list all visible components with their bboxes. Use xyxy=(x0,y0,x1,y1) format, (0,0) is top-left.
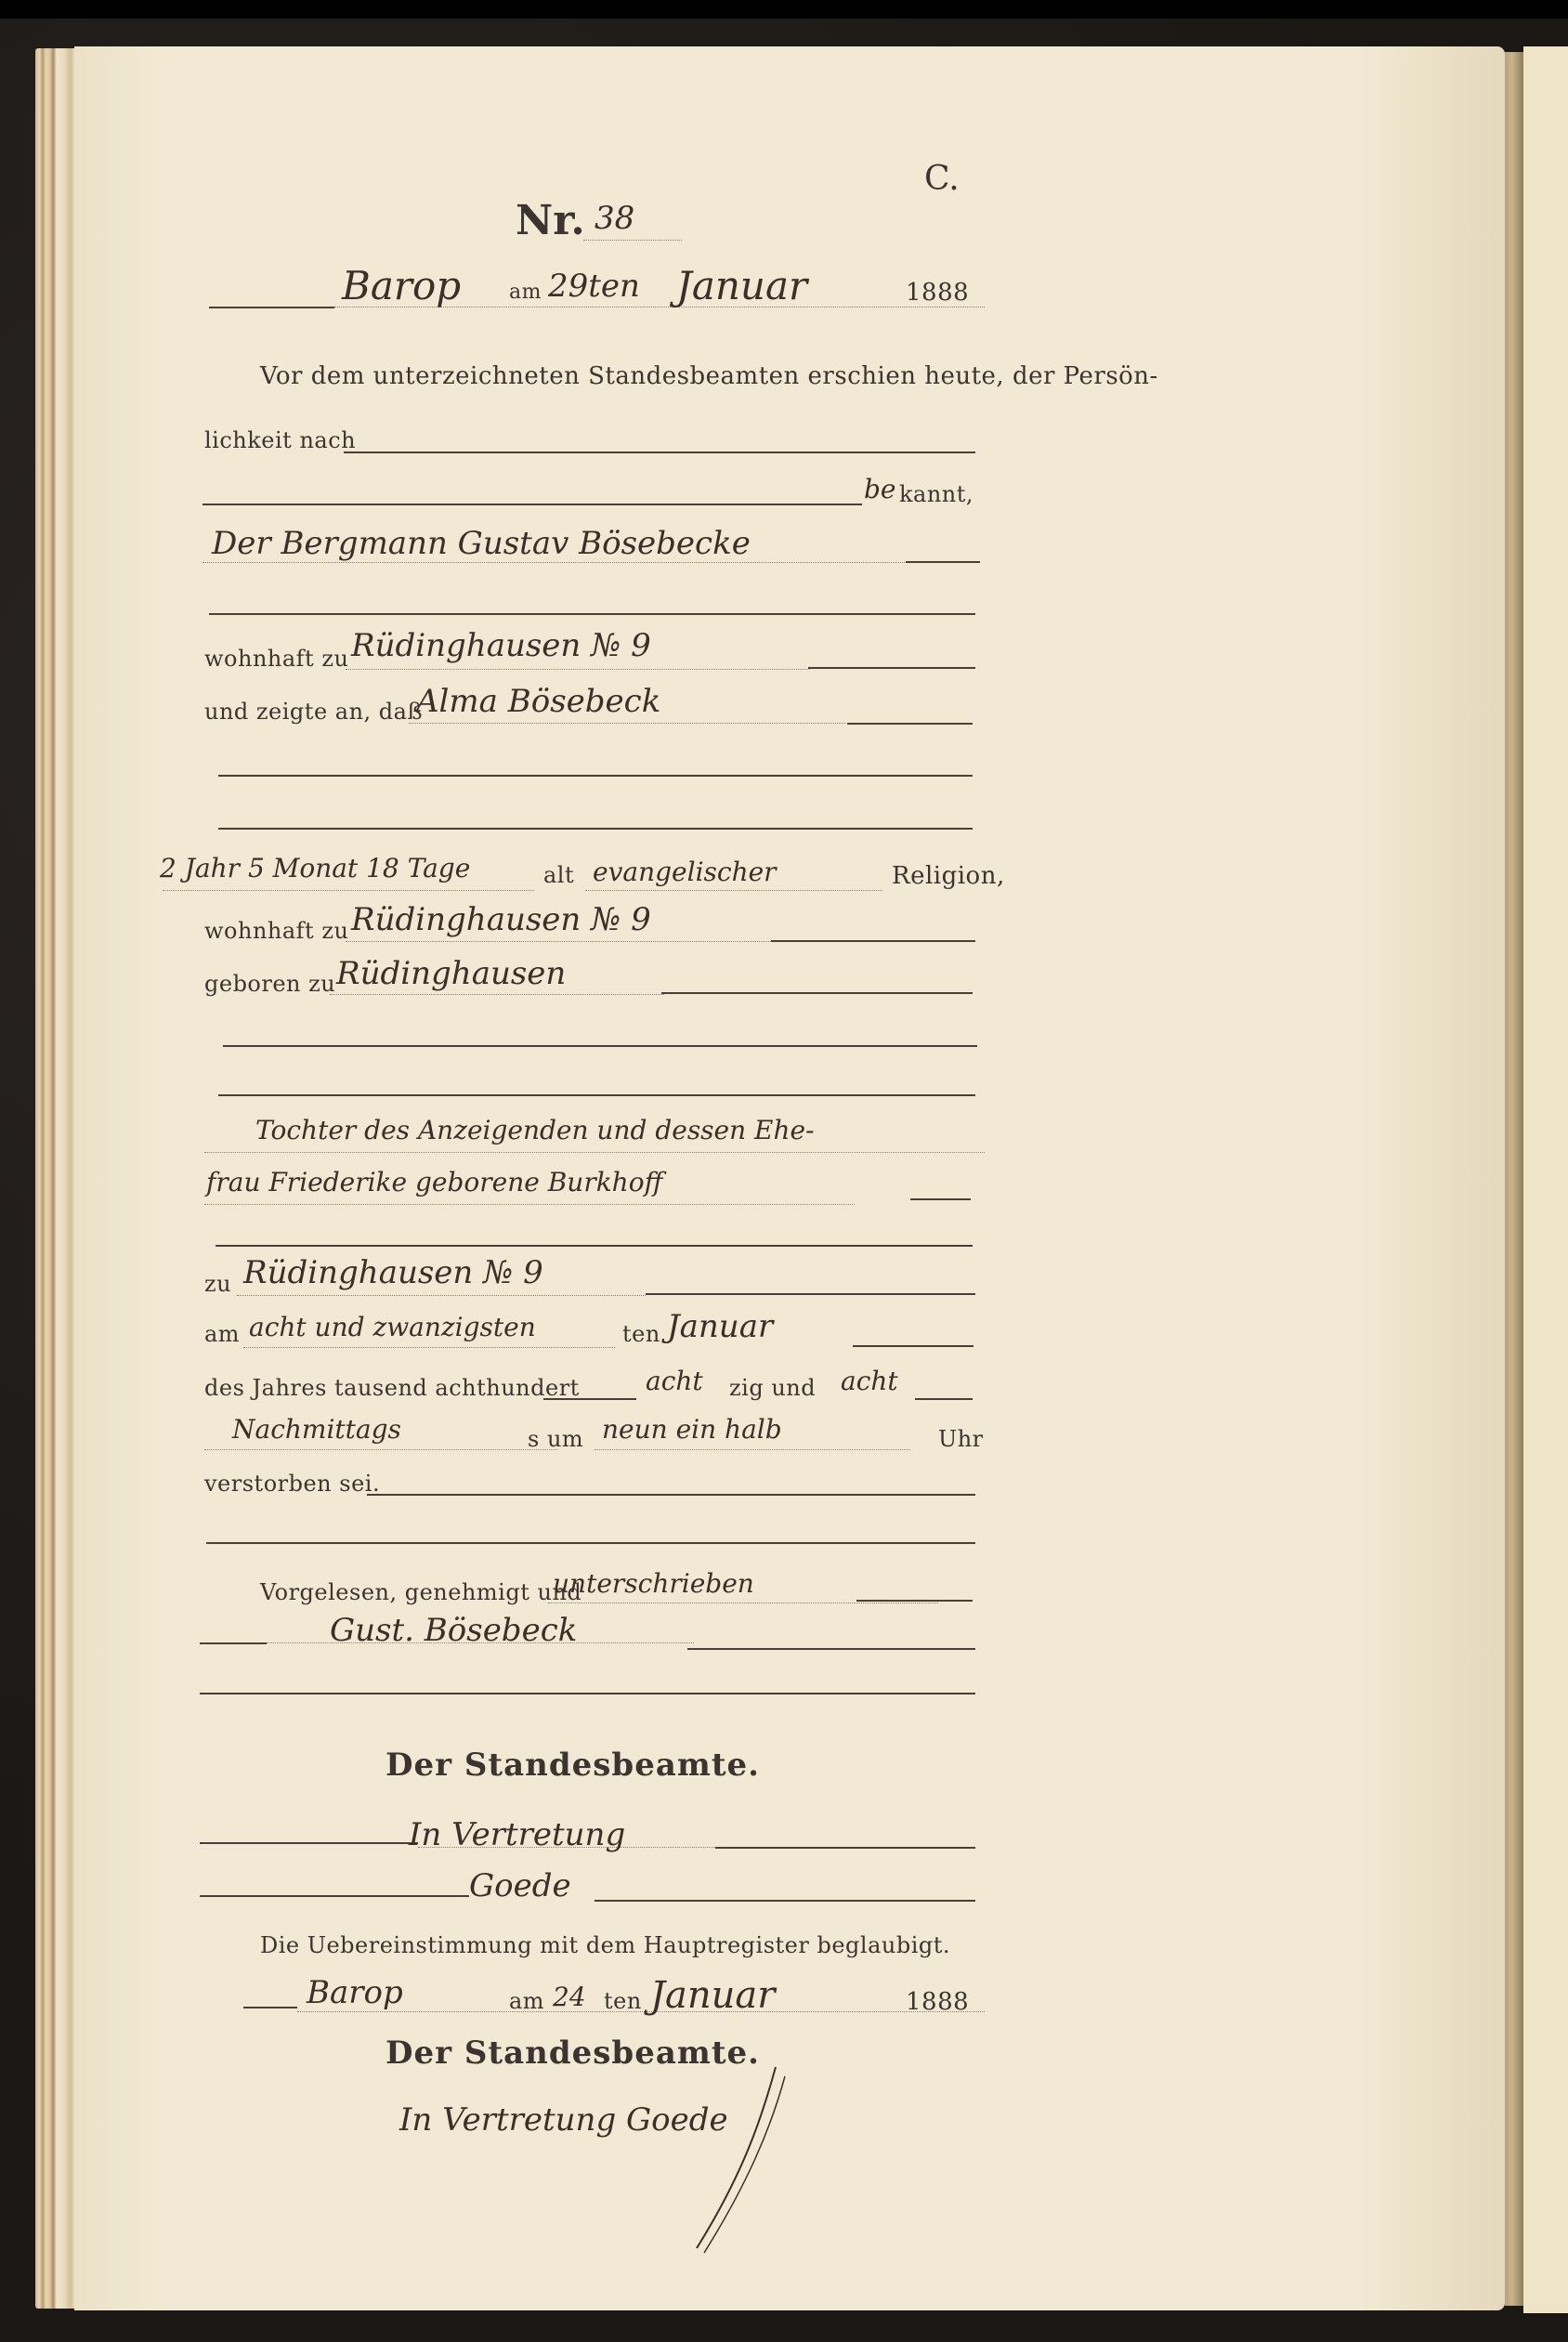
rule-line xyxy=(344,451,975,453)
wohnhaft-label: wohnhaft zu xyxy=(204,646,348,672)
certification-ten-label: ten xyxy=(604,1988,642,2014)
jahres-label: des Jahres tausend achthundert xyxy=(204,1375,580,1401)
window-title-bar: /Abt_Ostwestfalen-Lippe/P6/P6-06/~031/P6… xyxy=(0,0,1568,19)
dotted-line xyxy=(243,1347,615,1348)
vorgelesen-label: Vorgelesen, genehmigt und xyxy=(260,1579,581,1605)
rule-line xyxy=(203,504,862,505)
time-of-day: Nachmittags xyxy=(232,1414,401,1445)
rule-line xyxy=(595,1900,975,1902)
geboren-label: geboren zu xyxy=(204,971,335,997)
intro-text-continued: lichkeit nach xyxy=(204,427,356,453)
dotted-line xyxy=(163,890,534,891)
dotted-line xyxy=(204,1152,985,1153)
rule-line xyxy=(209,613,975,615)
registrar-name: Goede xyxy=(469,1867,571,1904)
death-place: Rüdinghausen № 9 xyxy=(243,1254,543,1291)
dotted-line xyxy=(346,669,810,670)
registrar-heading: Der Standesbeamte. xyxy=(385,1747,760,1784)
rule-line xyxy=(200,1642,267,1644)
declarant-signature: Gust. Bösebeck xyxy=(330,1612,577,1649)
vorgelesen-value: unterschrieben xyxy=(553,1568,754,1599)
religion-label: Religion, xyxy=(892,862,1005,890)
dotted-line xyxy=(204,1449,557,1450)
rule-line xyxy=(847,723,973,725)
rule-line xyxy=(200,1895,469,1897)
deceased-religion: evangelischer xyxy=(593,857,777,887)
dotted-line xyxy=(595,1449,910,1450)
declarant-residence: Rüdinghausen № 9 xyxy=(351,627,651,664)
zeigte-label: und zeigte an, daß xyxy=(204,699,423,725)
rule-line xyxy=(910,1198,971,1200)
certification-year: 1888 xyxy=(906,1988,969,2016)
declarant-name: Der Bergmann Gustav Bösebecke xyxy=(212,525,751,562)
certification-text: Die Uebereinstimmung mit dem Hauptregist… xyxy=(260,1932,950,1958)
am-date-label: am xyxy=(204,1321,240,1347)
death-hour: neun ein halb xyxy=(602,1414,782,1445)
rule-line xyxy=(223,1045,977,1047)
rule-line xyxy=(906,561,980,563)
dotted-line xyxy=(409,723,845,724)
deceased-residence: Rüdinghausen № 9 xyxy=(351,901,651,938)
rule-line xyxy=(771,940,975,942)
parents-line-2: frau Friederike geborene Burkhoff xyxy=(206,1167,662,1197)
rule-line xyxy=(661,992,973,994)
register-day: 29ten xyxy=(548,268,640,305)
register-month: Januar xyxy=(676,263,807,308)
dotted-line xyxy=(203,562,918,563)
rule-line xyxy=(715,1847,975,1849)
deceased-wohnhaft-label: wohnhaft zu xyxy=(204,918,348,944)
rule-line xyxy=(687,1648,975,1650)
death-month: Januar xyxy=(667,1308,773,1345)
certification-day: 24 xyxy=(553,1982,586,2012)
corner-letter: C. xyxy=(924,160,960,198)
ten-label: ten xyxy=(622,1321,660,1347)
signature-flourish xyxy=(687,2062,790,2257)
record-number-value: 38 xyxy=(595,200,634,237)
rule-line xyxy=(646,1293,975,1295)
page-stack-edge xyxy=(35,48,76,2309)
rule-line xyxy=(808,667,975,669)
am-label: am xyxy=(509,281,542,304)
bekannt-label: kannt, xyxy=(899,481,973,507)
rule-line xyxy=(853,1345,973,1347)
certification-month: Januar xyxy=(650,1974,775,2017)
zu-label: zu xyxy=(204,1271,231,1297)
dotted-line xyxy=(204,1204,855,1205)
register-place: Barop xyxy=(342,263,461,308)
uhr-label: Uhr xyxy=(938,1426,984,1452)
rule-line xyxy=(218,775,973,777)
death-year-tens: acht xyxy=(646,1366,703,1396)
certification-signature: In Vertretung Goede xyxy=(399,2101,728,2139)
rule-line xyxy=(216,1245,973,1247)
deceased-name: Alma Bösebeck xyxy=(416,683,660,720)
certification-am-label: am xyxy=(509,1988,544,2014)
rule-line xyxy=(218,1094,975,1096)
rule-line xyxy=(543,1398,636,1400)
zig-label: zig und xyxy=(729,1375,816,1401)
rule-line xyxy=(218,828,973,830)
book-gutter xyxy=(1505,52,1523,2306)
record-number-label: Nr. xyxy=(516,197,585,244)
bekannt-prefix: be xyxy=(864,474,896,504)
rule-line xyxy=(915,1398,973,1400)
rule-line xyxy=(367,1494,975,1496)
rule-line xyxy=(209,307,334,308)
deceased-birthplace: Rüdinghausen xyxy=(336,955,566,992)
register-year: 1888 xyxy=(906,279,969,307)
rule-line xyxy=(206,1542,975,1544)
death-day: acht und zwanzigsten xyxy=(249,1312,536,1342)
rule-line xyxy=(243,2007,297,2008)
dotted-line xyxy=(548,1603,938,1603)
deceased-age: 2 Jahr 5 Monat 18 Tage xyxy=(160,853,470,883)
parents-line-1: Tochter des Anzeigenden und dessen Ehe- xyxy=(255,1115,815,1145)
adjacent-page xyxy=(1523,46,1568,2313)
rule-line xyxy=(200,1842,418,1844)
alt-label: alt xyxy=(543,862,574,888)
dotted-line xyxy=(346,941,773,942)
certification-place: Barop xyxy=(307,1974,403,2011)
rule-line xyxy=(200,1693,975,1694)
dotted-line xyxy=(585,890,882,891)
rule-line xyxy=(856,1600,973,1602)
dotted-line xyxy=(583,240,682,241)
dotted-line xyxy=(237,1295,646,1296)
death-year-units: acht xyxy=(841,1366,898,1396)
dotted-line xyxy=(330,994,664,995)
s-um-label: s um xyxy=(528,1426,583,1452)
intro-text: Vor dem unterzeichneten Standesbeamten e… xyxy=(260,362,1158,390)
verstorben-label: verstorben sei. xyxy=(204,1471,380,1497)
registrar-vertretung: In Vertretung xyxy=(409,1816,625,1853)
